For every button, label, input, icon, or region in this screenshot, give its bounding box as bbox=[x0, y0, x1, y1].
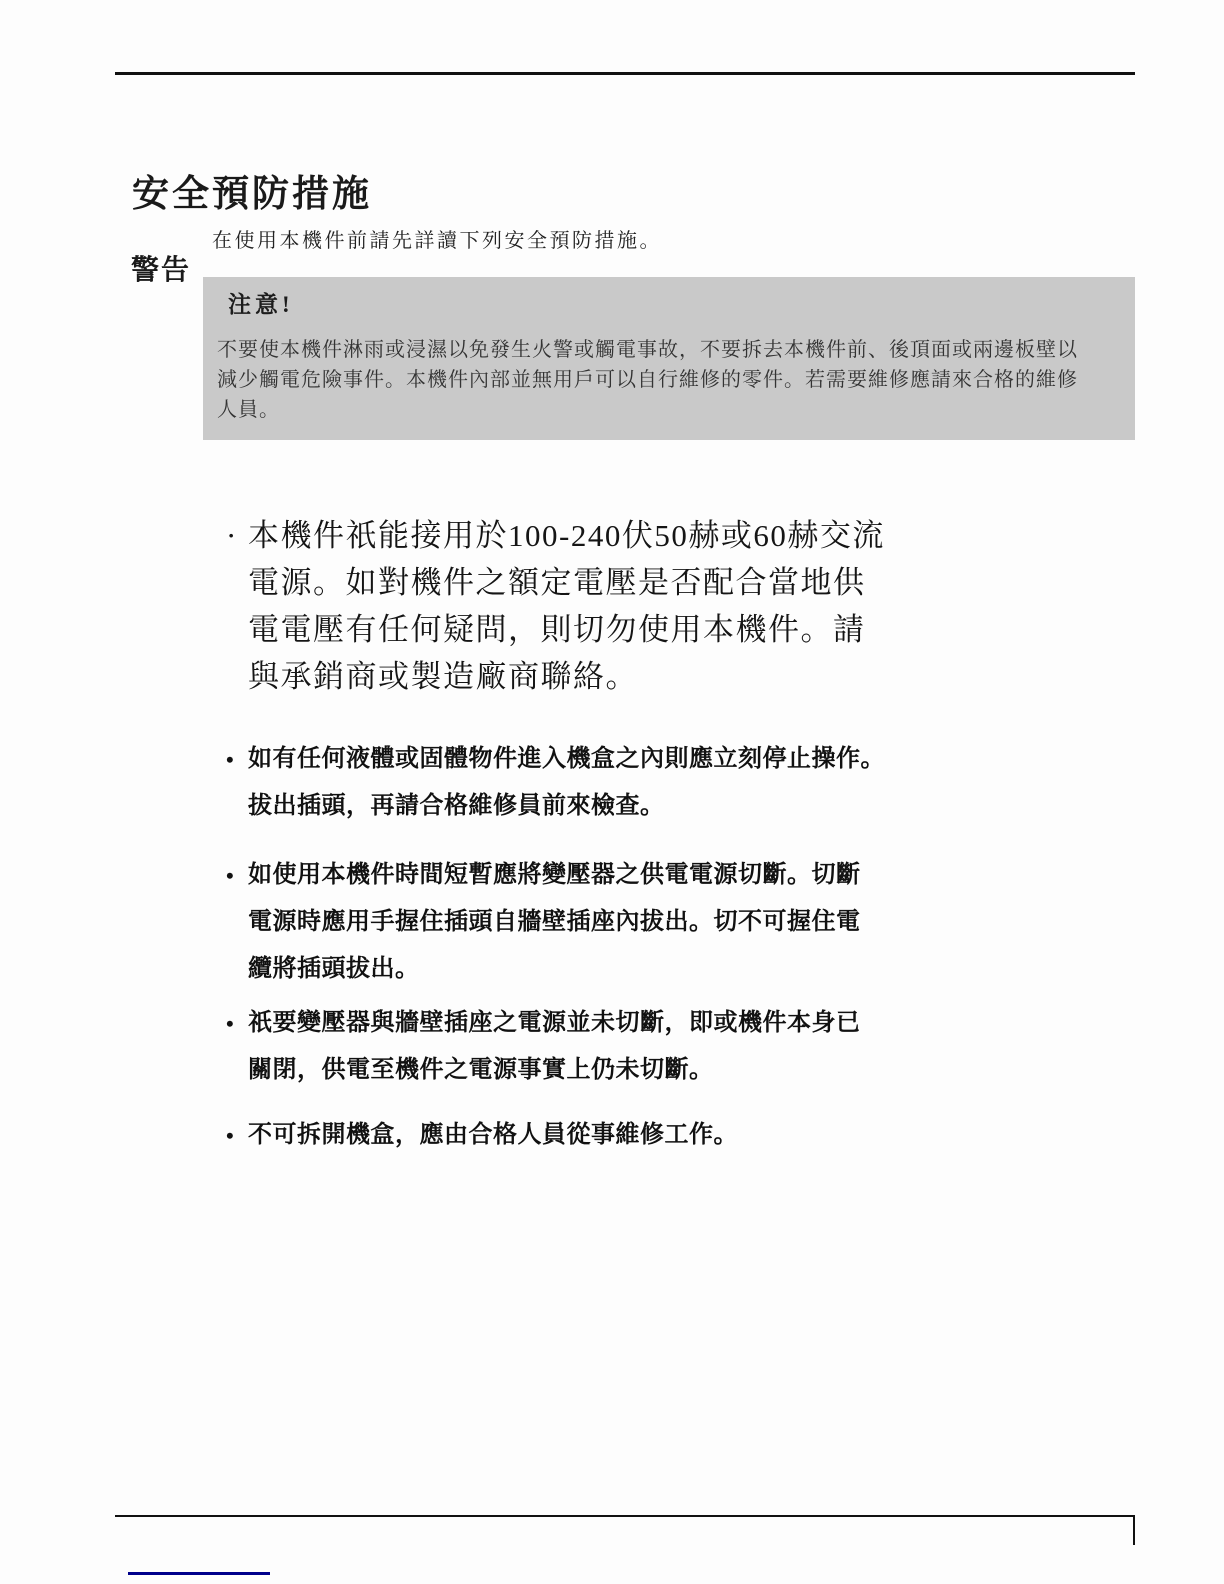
intro-text: 在使用本機件前請先詳讀下列安全預防措施。 bbox=[212, 224, 662, 253]
precaution-text: 本機件祇能接用於100-240伏50赫或60赫交流 電源。如對機件之額定電壓是否… bbox=[248, 512, 885, 700]
precaution-item: • 祇要變壓器與牆壁插座之電源並未切斷，即或機件本身已 關閉，供電至機件之電源事… bbox=[226, 1000, 861, 1094]
warning-label: 警告 bbox=[131, 248, 191, 288]
precaution-line: 關閉，供電至機件之電源事實上仍未切斷。 bbox=[248, 1047, 861, 1094]
precaution-line: 祇要變壓器與牆壁插座之電源並未切斷，即或機件本身已 bbox=[248, 1000, 861, 1047]
footer-accent-line bbox=[128, 1572, 270, 1575]
precaution-line: 電源。如對機件之額定電壓是否配合當地供 bbox=[248, 559, 885, 606]
bullet-icon: • bbox=[226, 1112, 234, 1159]
precaution-text: 不可拆開機盒，應由合格人員從事維修工作。 bbox=[248, 1112, 738, 1159]
bullet-icon: • bbox=[226, 1000, 234, 1047]
top-rule bbox=[115, 72, 1135, 75]
precaution-text: 祇要變壓器與牆壁插座之電源並未切斷，即或機件本身已 關閉，供電至機件之電源事實上… bbox=[248, 1000, 861, 1094]
precaution-line: 本機件祇能接用於100-240伏50赫或60赫交流 bbox=[248, 512, 885, 559]
notice-line: 人員。 bbox=[217, 395, 1117, 425]
notice-heading: 注意! bbox=[228, 286, 294, 319]
notice-line: 減少觸電危險事件。本機件內部並無用戶可以自行維修的零件。若需要維修應請來合格的維… bbox=[217, 365, 1117, 395]
document-page: 安全預防措施 在使用本機件前請先詳讀下列安全預防措施。 警告 注意! 不要使本機… bbox=[0, 0, 1224, 1584]
precaution-item: • 如使用本機件時間短暫應將變壓器之供電電源切斷。切斷 電源時應用手握住插頭自牆… bbox=[226, 852, 861, 993]
bottom-rule bbox=[115, 1515, 1135, 1517]
precaution-text: 如使用本機件時間短暫應將變壓器之供電電源切斷。切斷 電源時應用手握住插頭自牆壁插… bbox=[248, 852, 861, 993]
page-title: 安全預防措施 bbox=[132, 163, 372, 217]
precaution-line: 與承銷商或製造廠商聯絡。 bbox=[248, 653, 885, 700]
bullet-icon: • bbox=[226, 736, 234, 783]
precaution-line: 不可拆開機盒，應由合格人員從事維修工作。 bbox=[248, 1112, 738, 1159]
bullet-icon: • bbox=[226, 852, 234, 899]
precaution-item: · 本機件祇能接用於100-240伏50赫或60赫交流 電源。如對機件之額定電壓… bbox=[226, 512, 885, 700]
precaution-line: 如有任何液體或固體物件進入機盒之內則應立刻停止操作。 bbox=[248, 736, 885, 783]
precaution-item: • 不可拆開機盒，應由合格人員從事維修工作。 bbox=[226, 1112, 738, 1159]
bullet-icon: · bbox=[226, 512, 238, 559]
bottom-rule-end-tick bbox=[1133, 1515, 1135, 1545]
notice-box: 注意! 不要使本機件淋雨或浸濕以免發生火警或觸電事故，不要拆去本機件前、後頂面或… bbox=[203, 277, 1135, 440]
precaution-line: 電源時應用手握住插頭自牆壁插座內拔出。切不可握住電 bbox=[248, 899, 861, 946]
precaution-line: 纜將插頭拔出。 bbox=[248, 946, 861, 993]
precaution-line: 電電壓有任何疑問，則切勿使用本機件。請 bbox=[248, 606, 885, 653]
notice-line: 不要使本機件淋雨或浸濕以免發生火警或觸電事故，不要拆去本機件前、後頂面或兩邊板壁… bbox=[217, 335, 1117, 365]
precaution-line: 如使用本機件時間短暫應將變壓器之供電電源切斷。切斷 bbox=[248, 852, 861, 899]
precaution-line: 拔出插頭，再請合格維修員前來檢查。 bbox=[248, 783, 885, 830]
notice-body: 不要使本機件淋雨或浸濕以免發生火警或觸電事故，不要拆去本機件前、後頂面或兩邊板壁… bbox=[217, 335, 1117, 425]
precaution-item: • 如有任何液體或固體物件進入機盒之內則應立刻停止操作。 拔出插頭，再請合格維修… bbox=[226, 736, 885, 830]
precaution-text: 如有任何液體或固體物件進入機盒之內則應立刻停止操作。 拔出插頭，再請合格維修員前… bbox=[248, 736, 885, 830]
